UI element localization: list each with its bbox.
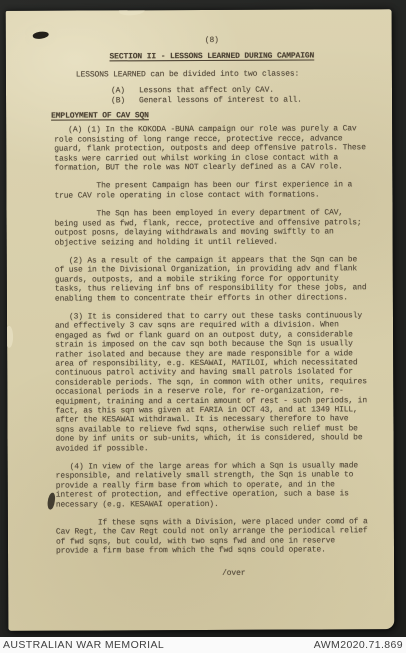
intro-line: LESSONS LEARNED can be divided into two … <box>76 69 370 80</box>
paragraph: (4) In view of the large areas for which… <box>56 461 372 509</box>
class-label: (B) <box>111 96 139 106</box>
document-page: (8) SECTION II - LESSONS LEARNED DURING … <box>6 9 395 631</box>
section-heading: SECTION II - LESSONS LEARNED DURING CAMP… <box>54 52 370 63</box>
archive-name-label: AUSTRALIAN WAR MEMORIAL <box>3 639 164 651</box>
class-text: General lessons of interest to all. <box>139 95 302 105</box>
over-page-marker: /over <box>222 568 372 578</box>
typewritten-content: (8) SECTION II - LESSONS LEARNED DURING … <box>6 9 395 631</box>
subheading-employment-of-cav-sqn: EMPLOYMENT OF CAV SQN <box>51 110 370 121</box>
archive-footer: AUSTRALIAN WAR MEMORIAL AWM2020.71.869 <box>0 637 406 653</box>
paragraph: If these sqns with a Division, were plac… <box>56 517 372 556</box>
page-number: (8) <box>54 35 370 46</box>
class-label: (A) <box>111 86 139 96</box>
class-text: Lessons that affect only CAV. <box>139 86 274 96</box>
scan-background: (8) SECTION II - LESSONS LEARNED DURING … <box>0 0 406 653</box>
class-list: (A) Lessons that affect only CAV. (B) Ge… <box>111 85 370 105</box>
archive-id-label: AWM2020.71.869 <box>314 639 403 651</box>
paragraph: The present Campaign has been our first … <box>54 181 370 201</box>
class-item-b: (B) General lessons of interest to all. <box>111 95 370 106</box>
paragraph: (3) It is considered that to carry out t… <box>55 311 372 453</box>
paragraph: (A) (1) In the KOKODA -BUNA campaign our… <box>54 125 370 173</box>
paragraph: The Sqn has been employed in every depar… <box>55 209 371 248</box>
paragraph: (2) As a result of the campaign it appea… <box>55 255 371 303</box>
